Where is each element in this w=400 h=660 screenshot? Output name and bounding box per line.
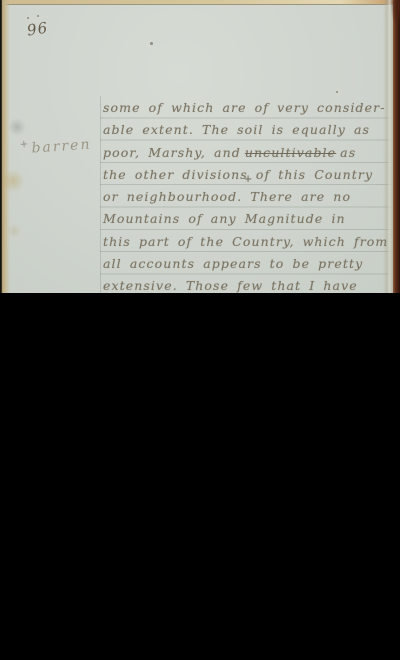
line-segment: poor, Marshy, and — [103, 145, 241, 160]
paper-speck — [27, 17, 29, 19]
page-top-edge — [0, 0, 400, 4]
struck-word: uncultivable — [245, 145, 336, 160]
ink-smudge-stain — [8, 118, 26, 136]
scan-viewport: 96 +barren some of which are of very con… — [0, 0, 400, 660]
page-number: 96 — [26, 18, 50, 39]
margin-rule-line — [100, 96, 101, 293]
manuscript-line: able extent. The soil is equally as — [103, 119, 395, 141]
line-segment: as — [340, 145, 356, 160]
age-stain — [2, 168, 24, 194]
manuscript-line: extensive. Those few that I have — [103, 275, 395, 293]
binding-corner — [391, 0, 400, 26]
paper-speck — [150, 42, 153, 45]
manuscript-line: some of which are of very consider- — [103, 97, 395, 119]
manuscript-page: 96 +barren some of which are of very con… — [0, 0, 400, 293]
margin-note: +barren — [19, 134, 92, 158]
insertion-mark: + — [19, 139, 28, 151]
paper-speck — [336, 91, 338, 93]
manuscript-line: Mountains of any Magnitude in — [103, 208, 395, 230]
paper-speck — [37, 15, 39, 17]
manuscript-body: some of which are of very consider- able… — [103, 97, 395, 293]
faint-stain — [6, 224, 22, 238]
page-left-edge — [0, 0, 10, 293]
manuscript-line: all accounts appears to be pretty — [103, 253, 395, 275]
manuscript-line-with-correction: poor, Marshy, and+uncultivableas — [103, 142, 395, 164]
manuscript-line: this part of the Country, which from — [103, 231, 395, 253]
margin-note-word: barren — [31, 137, 92, 157]
